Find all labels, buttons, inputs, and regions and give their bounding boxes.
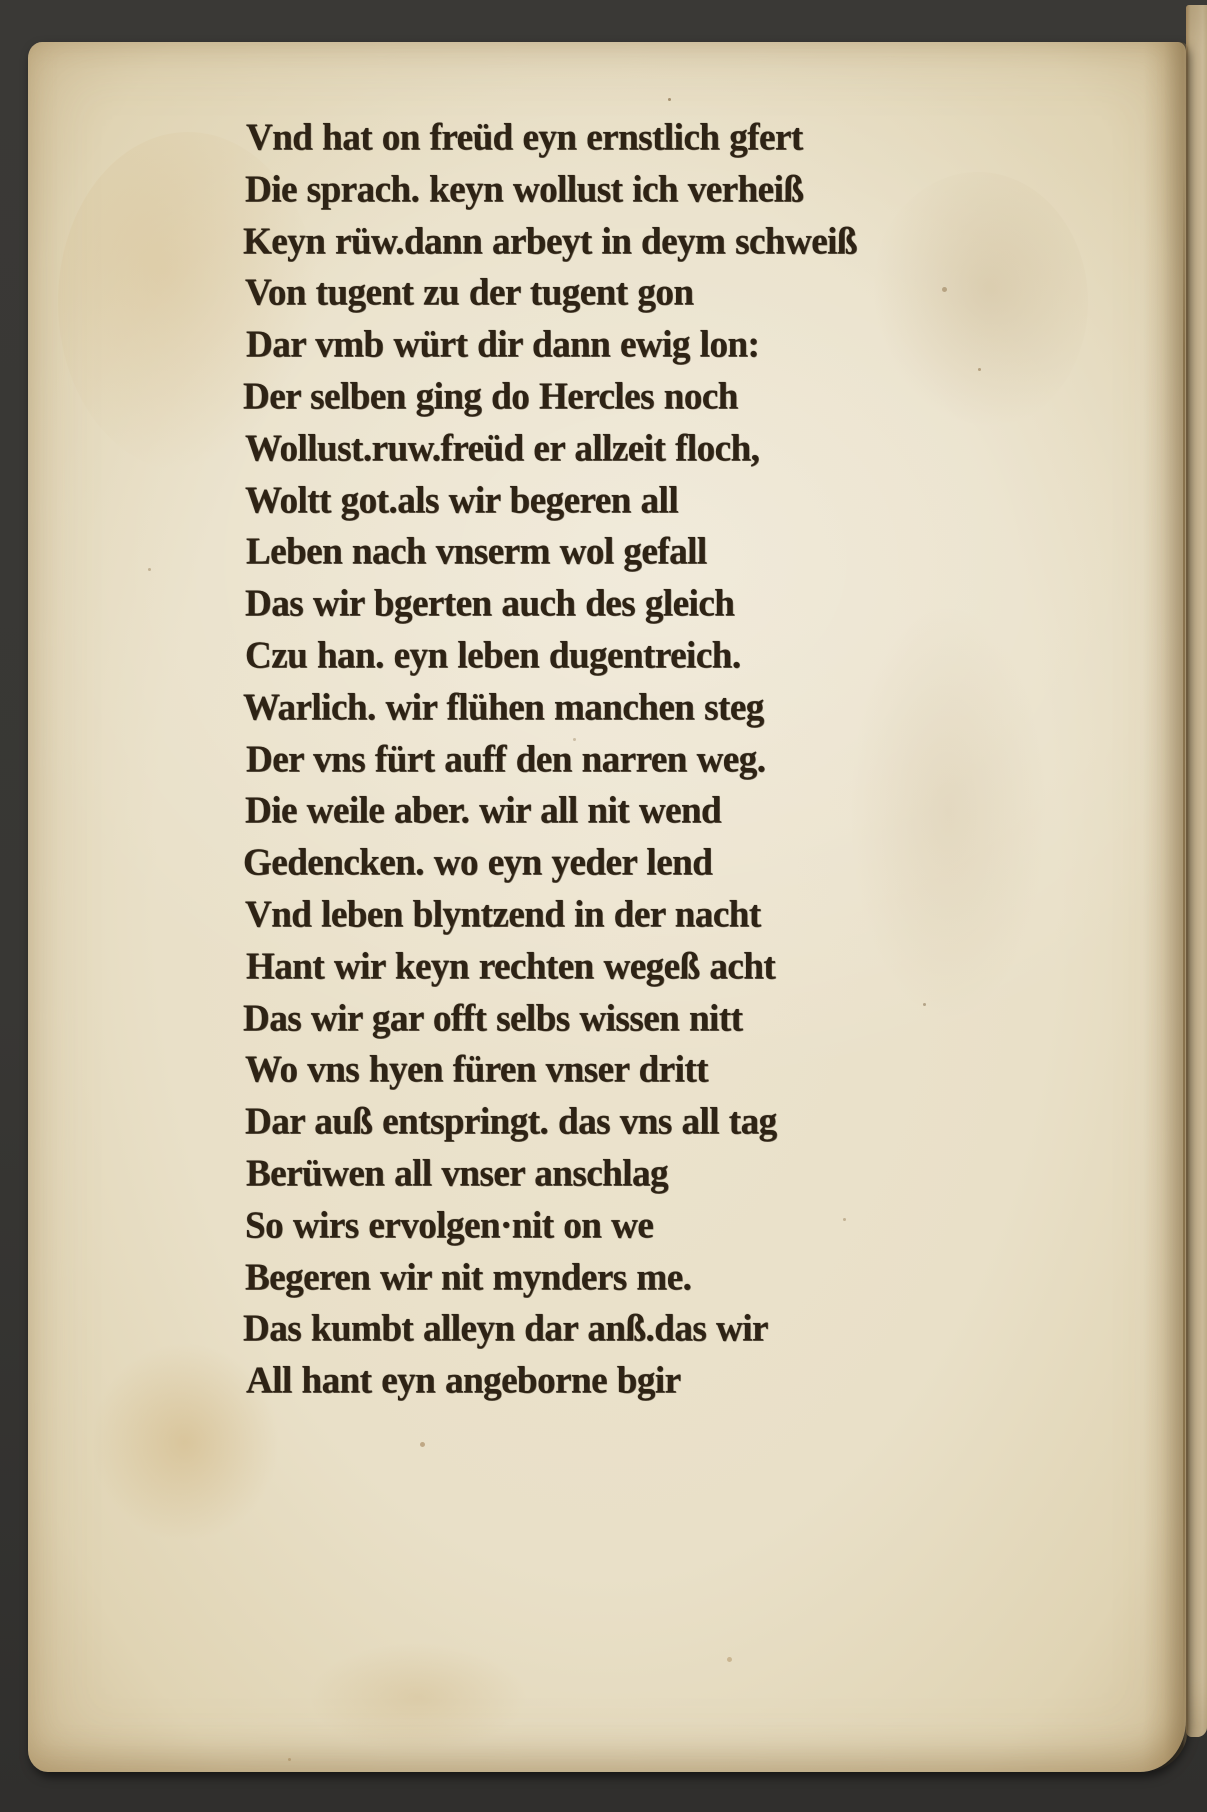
- text-line: Wo vns hyen füren vnser dritt: [245, 1043, 1095, 1097]
- text-line: Dar vmb würt dir dann ewig lon:: [246, 318, 1096, 372]
- text-line: Czu han. eyn leben dugentreich.: [245, 629, 1095, 683]
- text-line: Vnd hat on freüd eyn ernstlich gfert: [246, 111, 1096, 165]
- text-line: So wirs ervolgen·nit on we: [245, 1199, 1095, 1253]
- text-line: Warlich. wir flühen manchen steg: [243, 681, 1093, 735]
- book-page: Vnd hat on freüd eyn ernstlich gfertDie …: [28, 42, 1186, 1772]
- text-line: Berüwen all vnser anschlag: [246, 1147, 1096, 1201]
- text-line: Dar auß entspringt. das vns all tag: [245, 1095, 1095, 1149]
- underlying-page-edge: [1186, 5, 1207, 1737]
- text-line: Hant wir keyn rechten wegeß acht: [246, 940, 1096, 994]
- text-line: Woltt got.als wir begeren all: [245, 474, 1095, 528]
- text-line: Von tugent zu der tugent gon: [245, 266, 1095, 320]
- text-line: Das wir bgerten auch des gleich: [245, 577, 1095, 631]
- text-line: Leben nach vnserm wol gefall: [246, 525, 1096, 579]
- text-line: Gedencken. wo eyn yeder lend: [243, 836, 1093, 890]
- paper-speckles: [668, 98, 671, 101]
- text-line: Begeren wir nit mynders me.: [245, 1250, 1095, 1304]
- text-line: Wollust.ruw.freüd er allzeit floch,: [245, 422, 1095, 476]
- text-line: Die sprach. keyn wollust ich verheiß: [245, 163, 1095, 217]
- text-line: Der selben ging do Hercles noch: [243, 370, 1093, 424]
- text-line: Das kumbt alleyn dar anß.das wir: [243, 1302, 1093, 1356]
- text-line: Das wir gar offt selbs wissen nitt: [243, 992, 1093, 1046]
- scanned-book-photo: Vnd hat on freüd eyn ernstlich gfertDie …: [0, 0, 1207, 1812]
- text-line: All hant eyn angeborne bgir: [246, 1354, 1096, 1408]
- text-line: Keyn rüw.dann arbeyt in deym schweiß: [243, 215, 1093, 269]
- page-fold-shading: [1144, 42, 1188, 1772]
- page-edge-crease: [1183, 162, 1185, 1722]
- text-line: Der vns fürt auff den narren weg.: [246, 733, 1096, 787]
- poem-text-block: Vnd hat on freüd eyn ernstlich gfertDie …: [245, 112, 1095, 1407]
- text-line: Vnd leben blyntzend in der nacht: [245, 888, 1095, 942]
- stain: [308, 1642, 528, 1752]
- text-line: Die weile aber. wir all nit wend: [245, 784, 1095, 838]
